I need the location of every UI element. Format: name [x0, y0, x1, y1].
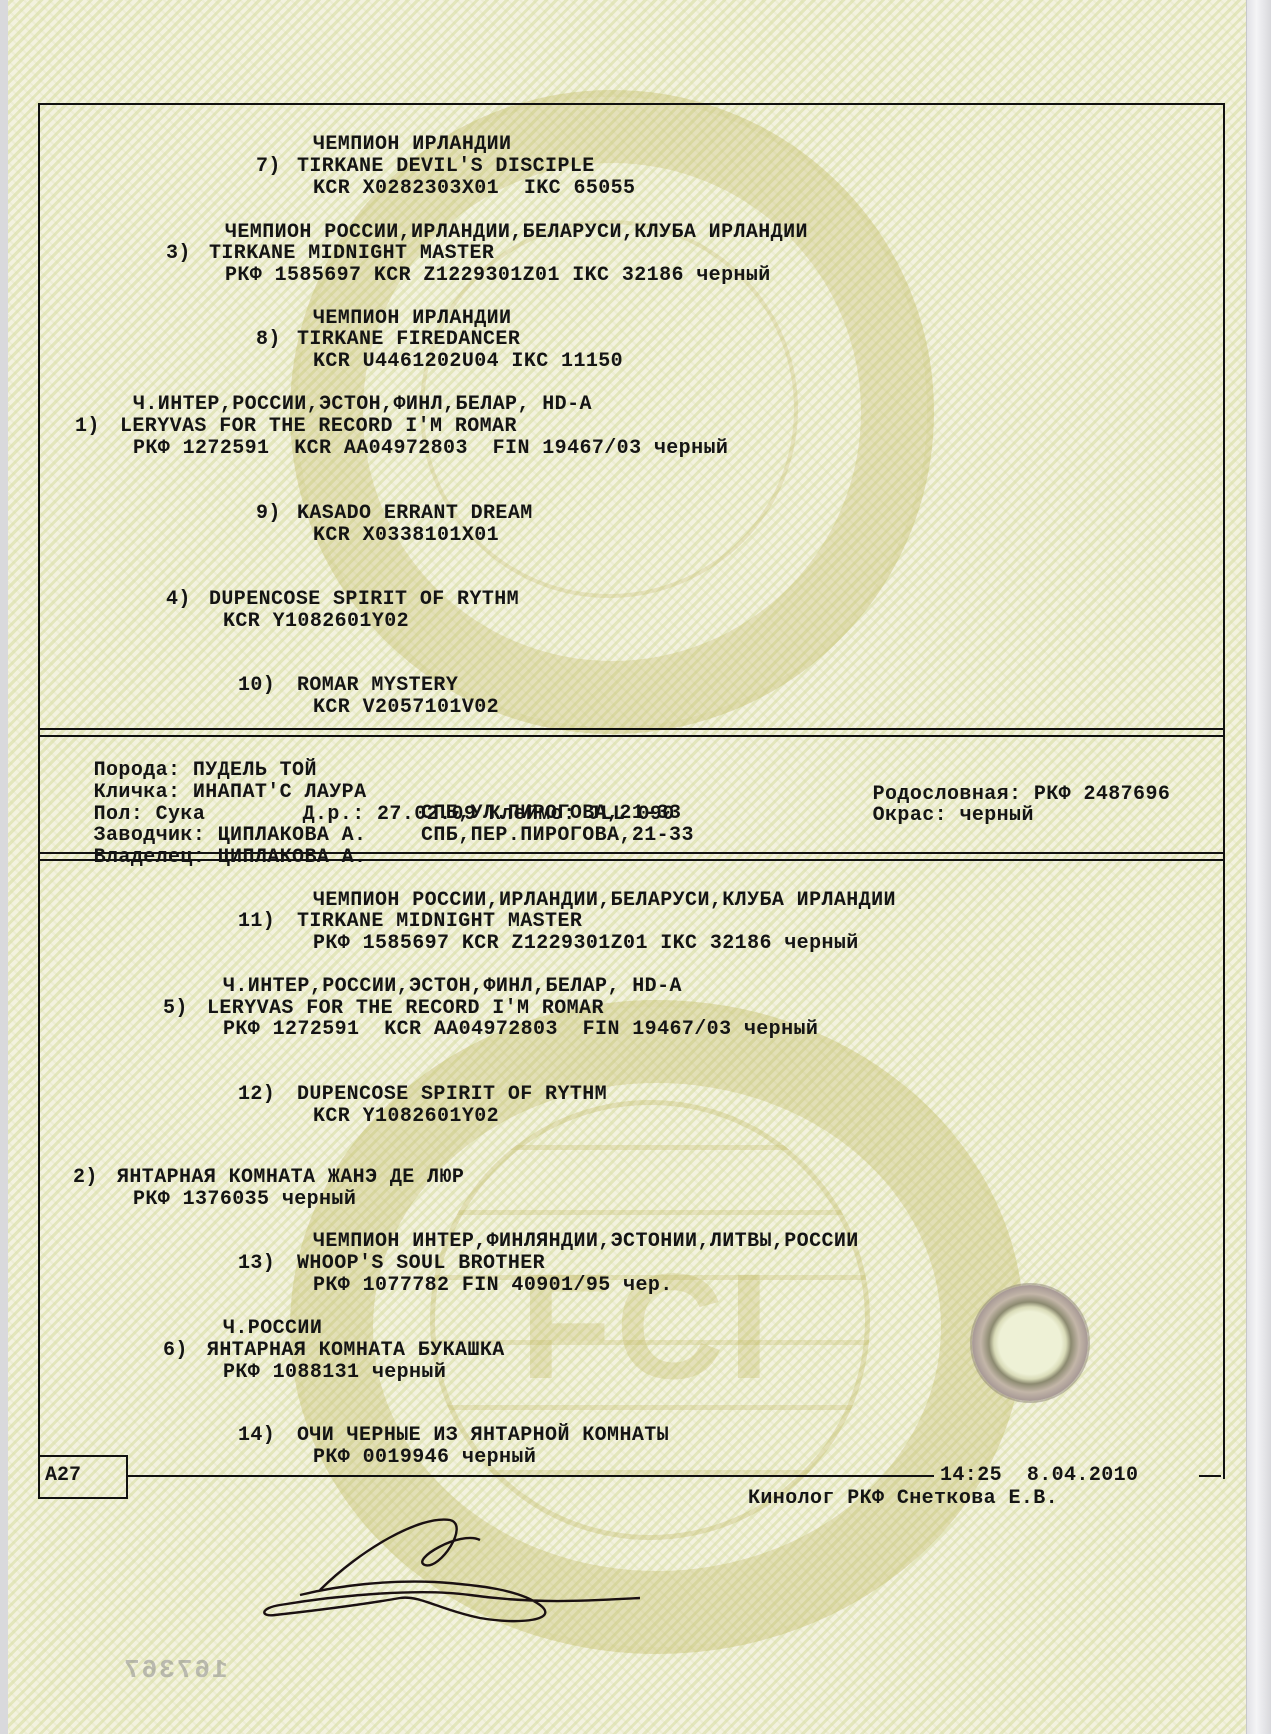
owner-label: Владелец:: [94, 846, 206, 869]
scan-left-edge: [0, 0, 8, 1734]
ancestor-13-title: ЧЕМПИОН ИНТЕР,ФИНЛЯНДИИ,ЭСТОНИИ,ЛИТВЫ,РО…: [313, 1231, 859, 1253]
ancestor-8-title: ЧЕМПИОН ИРЛАНДИИ: [313, 308, 511, 330]
ancestor-9-number: 9): [256, 503, 281, 525]
footer-rule: [126, 1475, 934, 1477]
ancestor-13-name: WHOOP'S SOUL BROTHER: [297, 1253, 545, 1275]
ancestor-4-number: 4): [166, 589, 191, 611]
color-label: Окрас:: [873, 804, 947, 827]
signatory-name: Кинолог РКФ Снеткова Е.В.: [748, 1488, 1058, 1510]
ancestor-12-number: 12): [238, 1084, 275, 1106]
pedigree-number: РКФ 2487696: [1034, 783, 1170, 806]
ancestor-3-title: ЧЕМПИОН РОССИИ,ИРЛАНДИИ,БЕЛАРУСИ,КЛУБА И…: [225, 222, 808, 244]
ancestor-1-number: 1): [75, 416, 100, 438]
form-code: A27: [45, 1464, 81, 1487]
handwritten-signature-icon: [220, 1510, 640, 1640]
owner-address: СПБ,ПЕР.ПИРОГОВА,21-33: [421, 825, 694, 847]
ancestor-3-name: TIRKANE MIDNIGHT MASTER: [209, 243, 494, 265]
rkf-hologram-sticker-icon: [972, 1285, 1088, 1401]
ancestor-7-title: ЧЕМПИОН ИРЛАНДИИ: [313, 134, 511, 156]
ancestor-3-registration: РКФ 1585697 KCR Z1229301Z01 IKC 32186 че…: [225, 265, 771, 287]
ancestor-2-number: 2): [73, 1167, 98, 1189]
ancestor-1-title: Ч.ИНТЕР,РОССИИ,ЭСТОН,ФИНЛ,БЕЛАР, HD-A: [133, 394, 592, 416]
ancestor-5-title: Ч.ИНТЕР,РОССИИ,ЭСТОН,ФИНЛ,БЕЛАР, HD-A: [223, 976, 682, 998]
section-divider-top: [38, 728, 1223, 737]
ancestor-3-number: 3): [166, 243, 191, 265]
ancestor-6-title: Ч.РОССИИ: [223, 1318, 322, 1340]
ancestor-4-name: DUPENCOSE SPIRIT OF RYTHM: [209, 589, 519, 611]
ancestor-14-name: ОЧИ ЧЕРНЫЕ ИЗ ЯНТАРНОЙ КОМНАТЫ: [297, 1425, 669, 1447]
embossed-serial-number: 167367: [122, 1655, 228, 1685]
ancestor-5-name: LERYVAS FOR THE RECORD I'M ROMAR: [207, 998, 604, 1020]
ancestor-11-number: 11): [238, 911, 275, 933]
ancestor-13-number: 13): [238, 1253, 275, 1275]
ancestor-7-name: TIRKANE DEVIL'S DISCIPLE: [297, 156, 595, 178]
ancestor-12-name: DUPENCOSE SPIRIT OF RYTHM: [297, 1084, 607, 1106]
scan-right-edge: [1246, 0, 1271, 1734]
ancestor-6-registration: РКФ 1088131 черный: [223, 1362, 446, 1384]
ancestor-14-registration: РКФ 0019946 черный: [313, 1447, 536, 1469]
ancestor-11-title: ЧЕМПИОН РОССИИ,ИРЛАНДИИ,БЕЛАРУСИ,КЛУБА И…: [313, 890, 896, 912]
ancestor-9-registration: KCR X0338101X01: [313, 525, 499, 547]
ancestor-9-name: KASADO ERRANT DREAM: [297, 503, 533, 525]
ancestor-14-number: 14): [238, 1425, 275, 1447]
ancestor-6-number: 6): [163, 1340, 188, 1362]
ancestor-8-name: TIRKANE FIREDANCER: [297, 329, 520, 351]
ancestor-2-name: ЯНТАРНАЯ КОМНАТА ЖАНЭ ДЕ ЛЮР: [117, 1167, 464, 1189]
ancestor-5-registration: РКФ 1272591 KCR AA04972803 FIN 19467/03 …: [223, 1019, 818, 1041]
ancestor-1-name: LERYVAS FOR THE RECORD I'M ROMAR: [120, 416, 517, 438]
ancestor-10-registration: KCR V2057101V02: [313, 697, 499, 719]
ancestor-11-registration: РКФ 1585697 KCR Z1229301Z01 IKC 32186 че…: [313, 933, 859, 955]
ancestor-7-number: 7): [256, 156, 281, 178]
ancestor-12-registration: KCR Y1082601Y02: [313, 1106, 499, 1128]
ancestor-8-number: 8): [256, 329, 281, 351]
ancestor-4-registration: KCR Y1082601Y02: [223, 611, 409, 633]
ancestor-1-registration: РКФ 1272591 KCR AA04972803 FIN 19467/03 …: [133, 438, 728, 460]
footer-rule-right: [1199, 1475, 1221, 1477]
ancestor-5-number: 5): [163, 998, 188, 1020]
color-value: черный: [959, 804, 1033, 827]
ancestor-10-number: 10): [238, 675, 275, 697]
owner-value: ЦИПЛАКОВА А.: [218, 846, 367, 869]
breeder-address: СПБ,УЛ.ПИРОГОВА,21-33: [421, 803, 681, 825]
ancestor-7-registration: KCR X0282303X01 IKC 65055: [313, 178, 635, 200]
ancestor-2-registration: РКФ 1376035 черный: [133, 1189, 356, 1211]
ancestor-11-name: TIRKANE MIDNIGHT MASTER: [297, 911, 582, 933]
issue-timestamp: 14:25 8.04.2010: [940, 1465, 1138, 1487]
ancestor-8-registration: KCR U4461202U04 IKC 11150: [313, 351, 623, 373]
ancestor-10-name: ROMAR MYSTERY: [297, 675, 458, 697]
ancestor-13-registration: РКФ 1077782 FIN 40901/95 чер.: [313, 1275, 673, 1297]
ancestor-6-name: ЯНТАРНАЯ КОМНАТА БУКАШКА: [207, 1340, 505, 1362]
